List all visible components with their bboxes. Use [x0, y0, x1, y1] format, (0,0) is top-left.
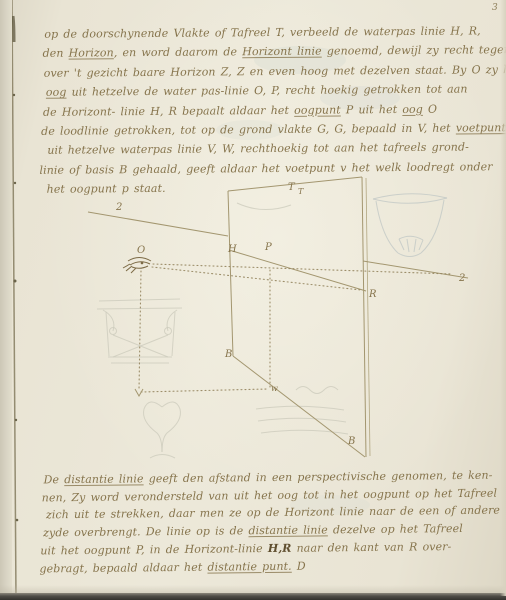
handwritten-text-segment: op de doorschynende Vlakte of Tafreel T,… — [44, 24, 480, 40]
handwritten-text-segment: nen, Zy word verondersteld van uit het o… — [42, 486, 497, 504]
handwritten-text-segment: oog — [402, 102, 423, 115]
handwritten-text-segment: de loodlinie getrokken, tot op de grond … — [41, 122, 456, 138]
handwritten-text-segment: uit hetzelve de water pas-linie O, P, re… — [66, 83, 467, 99]
handwritten-text-segment: distantie linie — [64, 472, 144, 486]
page-right-edge — [500, 0, 506, 596]
handwritten-text-segment: P uit het — [341, 103, 403, 116]
handwritten-text-segment: dezelve op het Tafreel — [328, 522, 463, 536]
handwritten-text-segment: D — [292, 559, 306, 572]
handwritten-text-segment: over 't gezicht baare Horizon Z, Z en ev… — [44, 63, 506, 80]
handwritten-text-segment: voetpunt — [456, 121, 506, 134]
handwritten-text-segment: distantie punt. — [207, 559, 291, 573]
handwritten-paragraph-top: op de doorschynende Vlakte of Tafreel T,… — [42, 21, 501, 199]
manuscript-line: het oogpunt p staat. — [47, 176, 502, 199]
handwritten-text-segment: het oogpunt p staat. — [47, 182, 166, 196]
page-bottom-shadow — [0, 585, 506, 593]
handwritten-text-segment: zich uit te strekken, daar men ze op de … — [46, 504, 500, 522]
handwritten-text-segment: naar den kant van R over- — [291, 540, 451, 555]
handwritten-text-segment: den — [42, 47, 68, 60]
handwritten-text-segment: genoemd, dewijl zy recht tegen- — [322, 43, 506, 58]
handwritten-text-segment: Horizon — [69, 47, 114, 60]
handwritten-text-segment: H,R — [268, 542, 292, 555]
handwritten-text-segment: distantie linie — [248, 524, 328, 538]
handwritten-text-segment: gebragt, bepaald aldaar het — [39, 560, 207, 575]
handwritten-paragraph-bottom: De distantie linie geeft den afstand in … — [43, 467, 496, 578]
handwritten-text-segment: de Horizont- linie H, R bepaalt aldaar h… — [43, 103, 294, 118]
handwritten-text-segment: O — [423, 102, 437, 115]
handwritten-text-segment: Horizont linie — [242, 45, 322, 59]
manuscript-line: linie of basis B gehaald, geeft aldaar h… — [39, 157, 501, 180]
book-bottom-edge — [0, 593, 506, 600]
handwritten-text-segment: oogpunt — [294, 103, 341, 116]
handwritten-text-segment: oog — [46, 86, 67, 99]
handwritten-text-segment: De — [43, 473, 64, 486]
handwritten-text-segment: uit hetzelve waterpas linie V, W, rechth… — [47, 141, 469, 157]
manuscript-scan: 2 T T O H P R 2 B w B 3 op de doorschyne… — [0, 0, 506, 600]
handwritten-text-segment: , en word daarom de — [114, 46, 243, 60]
page-gutter — [0, 0, 12, 596]
page-number: 3 — [492, 3, 498, 13]
handwritten-text-segment: uit het oogpunt P, in de Horizont-linie — [40, 542, 268, 557]
handwritten-text-segment: geeft den afstand in een perspectivische… — [143, 469, 492, 486]
handwritten-text-segment: linie of basis B gehaald, geeft aldaar h… — [39, 160, 492, 177]
handwritten-text-segment: zyde overbrengt. De linie op is de — [43, 524, 248, 539]
